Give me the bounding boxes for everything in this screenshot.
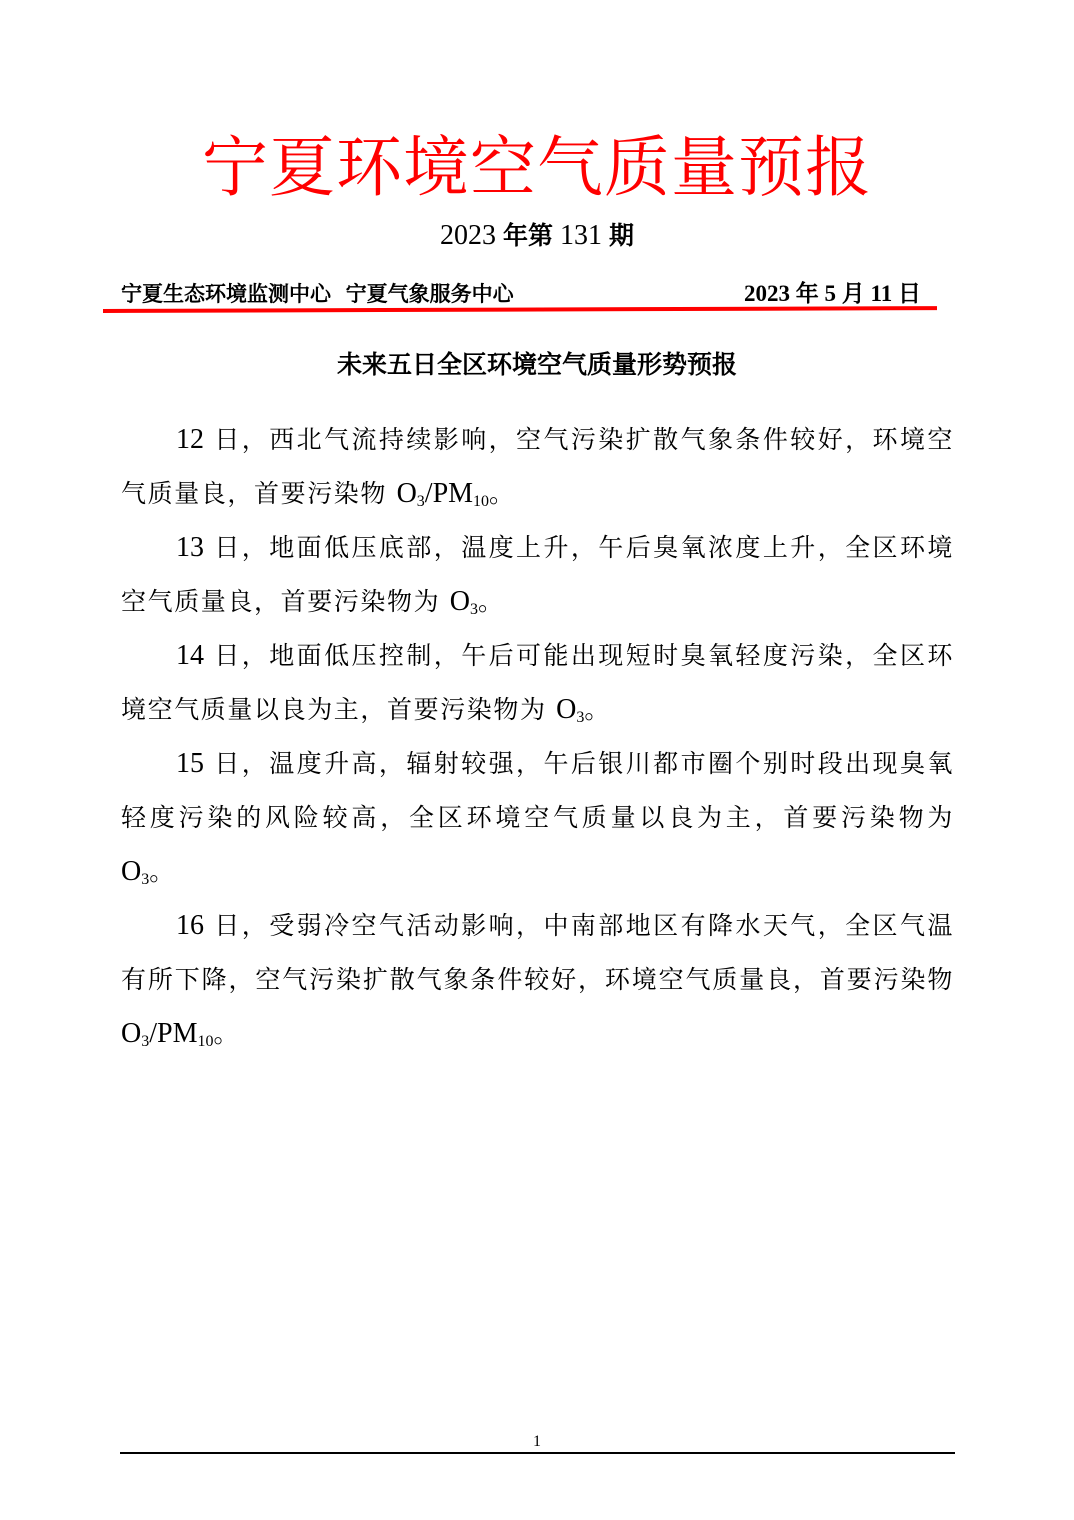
forecast-paragraph-16: 16 日，受弱冷空气活动影响，中南部地区有降水天气，全区气温有所下降，空气污染扩… bbox=[121, 899, 954, 1061]
forecast-paragraph-12: 12 日，西北气流持续影响，空气污染扩散气象条件较好，环境空气质量良，首要污染物… bbox=[121, 413, 954, 521]
pollutant: O3 bbox=[556, 694, 584, 725]
masthead-title: 宁夏环境空气质量预报 bbox=[0, 128, 1074, 208]
issue-year-suffix: 年第 bbox=[503, 221, 553, 250]
issue-date: 2023 年 5 月 11 日 bbox=[744, 279, 921, 309]
issuer-names: 宁夏生态环境监测中心 宁夏气象服务中心 bbox=[121, 279, 514, 309]
forecast-paragraph-14: 14 日，地面低压控制，午后可能出现短时臭氧轻度污染，全区环境空气质量以良为主，… bbox=[121, 629, 954, 737]
forecast-text: 日，受弱冷空气活动影响，中南部地区有降水天气，全区气温有所下降，空气污染扩散气象… bbox=[121, 911, 954, 994]
day-number: 15 bbox=[176, 748, 204, 779]
day-number: 12 bbox=[176, 424, 204, 455]
issuer-row: 宁夏生态环境监测中心 宁夏气象服务中心 2023 年 5 月 11 日 bbox=[121, 279, 921, 309]
day-number: 13 bbox=[176, 532, 204, 563]
pollutant: O3 bbox=[121, 856, 149, 887]
page-number: 1 bbox=[0, 1432, 1074, 1452]
forecast-text: 日，地面低压控制，午后可能出现短时臭氧轻度污染，全区环境空气质量以良为主，首要污… bbox=[121, 641, 954, 724]
day-number: 14 bbox=[176, 640, 204, 671]
issue-year: 2023 bbox=[440, 220, 496, 251]
document-page: 宁夏环境空气质量预报 2023 年第 131 期 宁夏生态环境监测中心 宁夏气象… bbox=[0, 0, 1074, 1520]
pollutant: O3/PM10 bbox=[397, 478, 489, 509]
forecast-text: 日，地面低压底部，温度上升，午后臭氧浓度上升，全区环境空气质量良，首要污染物为 bbox=[121, 533, 954, 616]
issue-number: 2023 年第 131 期 bbox=[0, 218, 1074, 254]
forecast-text: 日，温度升高，辐射较强，午后银川都市圈个别时段出现臭氧轻度污染的风险较高，全区环… bbox=[121, 749, 954, 832]
day-number: 16 bbox=[176, 910, 204, 941]
footer-divider bbox=[120, 1452, 955, 1454]
section-title: 未来五日全区环境空气质量形势预报 bbox=[0, 345, 1074, 385]
pollutant: O3/PM10 bbox=[121, 1018, 213, 1049]
forecast-paragraph-15: 15 日，温度升高，辐射较强，午后银川都市圈个别时段出现臭氧轻度污染的风险较高，… bbox=[121, 737, 954, 899]
forecast-paragraph-13: 13 日，地面低压底部，温度上升，午后臭氧浓度上升，全区环境空气质量良，首要污染… bbox=[121, 521, 954, 629]
forecast-body: 12 日，西北气流持续影响，空气污染扩散气象条件较好，环境空气质量良，首要污染物… bbox=[121, 413, 954, 1061]
issue-num-suffix: 期 bbox=[609, 221, 634, 250]
pollutant: O3 bbox=[450, 586, 478, 617]
forecast-text: 日，西北气流持续影响，空气污染扩散气象条件较好，环境空气质量良，首要污染物 bbox=[121, 425, 954, 508]
issue-num: 131 bbox=[560, 220, 602, 251]
